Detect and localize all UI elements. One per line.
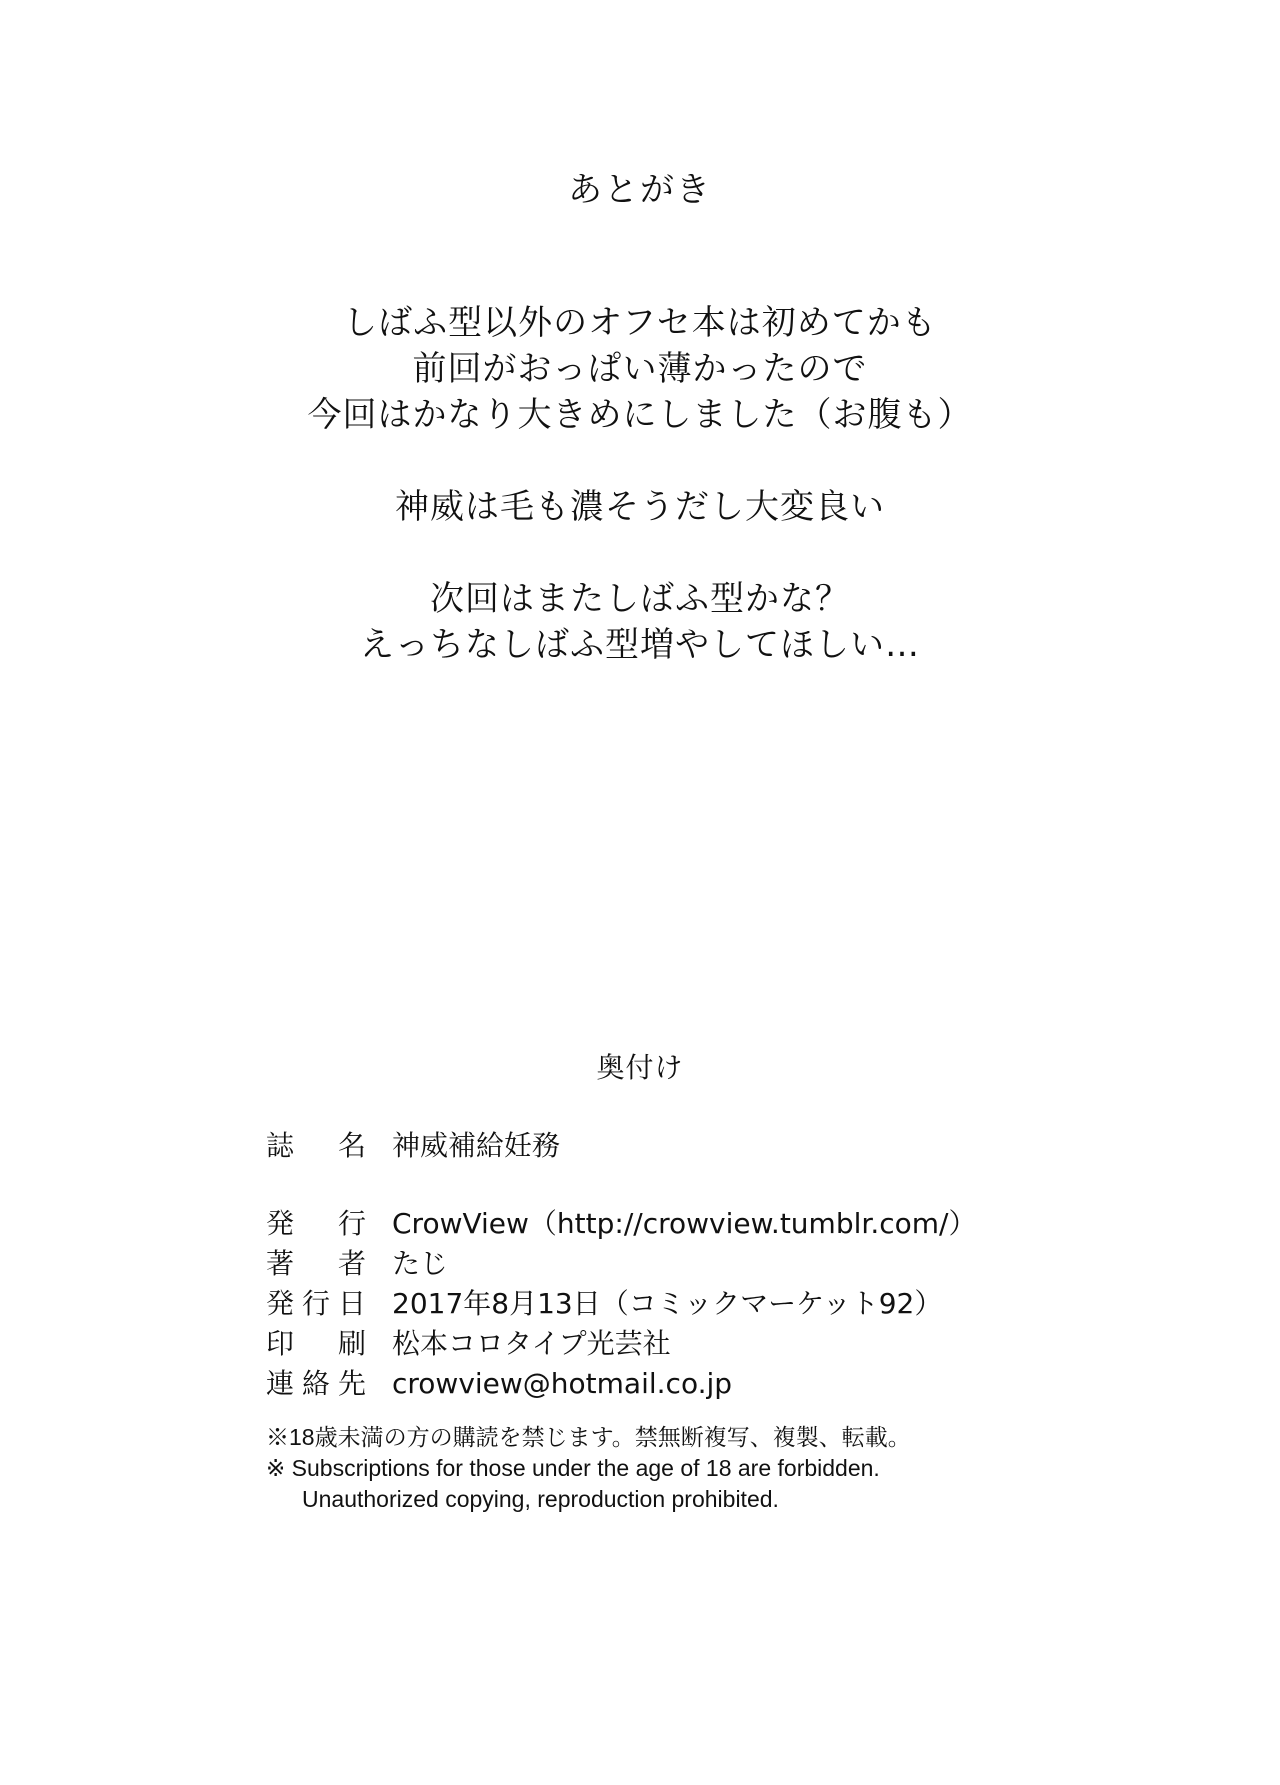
notice-english-line2: Unauthorized copying, reproduction prohi… bbox=[266, 1484, 911, 1515]
colophon-value: たじ bbox=[392, 1244, 448, 1284]
afterword-title: あとがき bbox=[0, 168, 1280, 212]
notice-japanese: ※18歳未満の方の購読を禁じます。禁無断複写、複製、転載。 bbox=[266, 1422, 911, 1453]
colophon-label: 発 行 日 bbox=[266, 1284, 366, 1324]
afterword-line: 神威は毛も濃そうだし大変良い bbox=[0, 484, 1280, 530]
afterword-paragraph: 次回はまたしばふ型かな？ えっちなしばふ型増やしてほしい… bbox=[0, 576, 1280, 668]
afterword-line: 次回はまたしばふ型かな？ bbox=[0, 576, 1280, 622]
colophon-title: 奥付け bbox=[0, 1050, 1280, 1086]
afterword-line: えっちなしばふ型増やしてほしい… bbox=[0, 622, 1280, 668]
colophon-row-author: 著 者 たじ bbox=[266, 1244, 976, 1284]
document-page: あとがき しばふ型以外のオフセ本は初めてかも 前回がおっぱい薄かったので 今回は… bbox=[0, 0, 1280, 1785]
afterword-paragraph: しばふ型以外のオフセ本は初めてかも 前回がおっぱい薄かったので 今回はかなり大き… bbox=[0, 300, 1280, 438]
label-char: 行 bbox=[302, 1284, 330, 1324]
colophon-label: 著 者 bbox=[266, 1244, 366, 1284]
afterword-body: しばふ型以外のオフセ本は初めてかも 前回がおっぱい薄かったので 今回はかなり大き… bbox=[0, 300, 1280, 714]
colophon-row-title: 誌 名 神威補給妊務 bbox=[266, 1126, 560, 1166]
label-char: 日 bbox=[338, 1284, 366, 1324]
label-char: 誌 bbox=[266, 1126, 294, 1166]
colophon-publication-title: 誌 名 神威補給妊務 bbox=[266, 1126, 560, 1166]
legal-notice: ※18歳未満の方の購読を禁じます。禁無断複写、複製、転載。 ※ Subscrip… bbox=[266, 1422, 911, 1515]
label-char: 名 bbox=[338, 1126, 366, 1166]
label-char: 者 bbox=[338, 1244, 366, 1284]
label-char: 連 bbox=[266, 1364, 294, 1404]
afterword-line: しばふ型以外のオフセ本は初めてかも bbox=[0, 300, 1280, 346]
colophon-value: crowview@hotmail.co.jp bbox=[392, 1364, 732, 1404]
colophon-value: 松本コロタイプ光芸社 bbox=[392, 1324, 671, 1364]
label-char: 先 bbox=[338, 1364, 366, 1404]
colophon-value: 神威補給妊務 bbox=[392, 1126, 560, 1166]
label-char: 発 bbox=[266, 1284, 294, 1324]
label-char: 絡 bbox=[302, 1364, 330, 1404]
label-char: 発 bbox=[266, 1204, 294, 1244]
colophon-label: 発 行 bbox=[266, 1204, 366, 1244]
colophon-details: 発 行 CrowView（http://crowview.tumblr.com/… bbox=[266, 1204, 976, 1404]
afterword-line: 今回はかなり大きめにしました（お腹も） bbox=[0, 392, 1280, 438]
colophon-label: 印 刷 bbox=[266, 1324, 366, 1364]
colophon-value: 2017年8月13日（コミックマーケット92） bbox=[392, 1284, 942, 1324]
colophon-label: 連 絡 先 bbox=[266, 1364, 366, 1404]
label-char: 行 bbox=[338, 1204, 366, 1244]
afterword-paragraph: 神威は毛も濃そうだし大変良い bbox=[0, 484, 1280, 530]
label-char: 印 bbox=[266, 1324, 294, 1364]
colophon-row-contact: 連 絡 先 crowview@hotmail.co.jp bbox=[266, 1364, 976, 1404]
colophon-row-date: 発 行 日 2017年8月13日（コミックマーケット92） bbox=[266, 1284, 976, 1324]
notice-english-line1: ※ Subscriptions for those under the age … bbox=[266, 1453, 911, 1484]
colophon-value: CrowView（http://crowview.tumblr.com/） bbox=[392, 1204, 976, 1244]
colophon-row-publisher: 発 行 CrowView（http://crowview.tumblr.com/… bbox=[266, 1204, 976, 1244]
colophon-label: 誌 名 bbox=[266, 1126, 366, 1166]
label-char: 著 bbox=[266, 1244, 294, 1284]
afterword-line: 前回がおっぱい薄かったので bbox=[0, 346, 1280, 392]
colophon-row-printer: 印 刷 松本コロタイプ光芸社 bbox=[266, 1324, 976, 1364]
label-char: 刷 bbox=[338, 1324, 366, 1364]
